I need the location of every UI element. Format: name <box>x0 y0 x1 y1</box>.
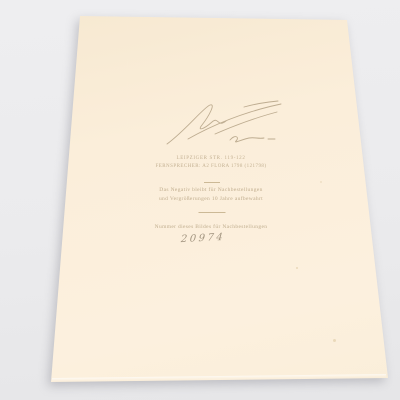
paper-edge-highlight <box>52 374 386 381</box>
paper-speck <box>333 339 336 342</box>
divider-rule <box>199 212 226 213</box>
studio-phone-line: FERNSPRECHER: A2 FLORA 1798 (121798) <box>156 164 267 169</box>
photographer-signature <box>160 92 286 152</box>
paper-speck <box>320 181 322 183</box>
handwritten-photo-number: 20974 <box>180 232 225 245</box>
divider-rule <box>204 182 220 183</box>
negative-notice-line-2: und Vergrößerungen 10 Jahre aufbewahrt <box>159 196 263 202</box>
photo-card-back: LEIPZIGER STR. 119-122 FERNSPRECHER: A2 … <box>0 0 400 400</box>
paper-speck <box>296 267 298 269</box>
studio-address-line: LEIPZIGER STR. 119-122 <box>177 156 246 161</box>
card-shadow: LEIPZIGER STR. 119-122 FERNSPRECHER: A2 … <box>0 0 400 400</box>
photo-scene: LEIPZIGER STR. 119-122 FERNSPRECHER: A2 … <box>0 0 400 400</box>
negative-notice-line-1: Das Negativ bleibt für Nachbestellungen <box>159 187 262 193</box>
reorder-number-label: Nummer dieses Bildes für Nachbestellunge… <box>155 224 268 230</box>
